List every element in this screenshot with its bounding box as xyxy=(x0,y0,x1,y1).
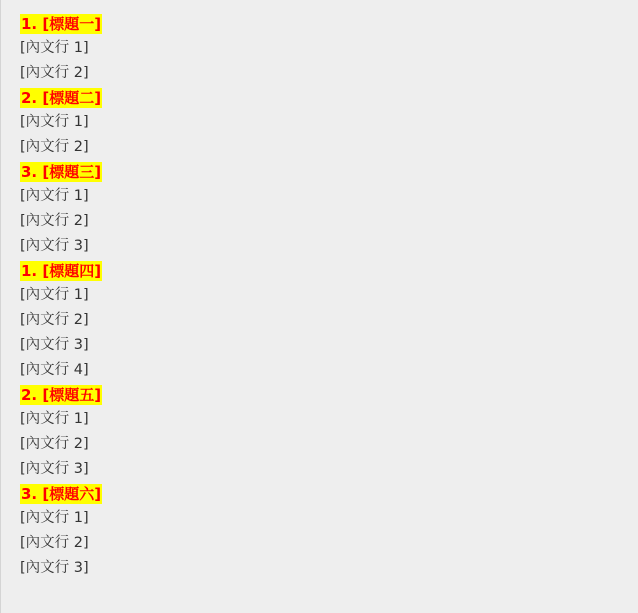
section: 1. [標題一][內文行 1][內文行 2] xyxy=(20,12,638,86)
body-line: [內文行 1] xyxy=(20,184,638,209)
body-line: [內文行 2] xyxy=(20,135,638,160)
body-line: [內文行 2] xyxy=(20,531,638,556)
section: 2. [標題五][內文行 1][內文行 2][內文行 3] xyxy=(20,383,638,482)
body-line: [內文行 3] xyxy=(20,234,638,259)
body-line: [內文行 2] xyxy=(20,432,638,457)
body-line: [內文行 3] xyxy=(20,333,638,358)
section-heading: 2. [標題二] xyxy=(20,88,102,108)
section-heading: 2. [標題五] xyxy=(20,385,102,405)
body-line: [內文行 3] xyxy=(20,457,638,482)
body-line: [內文行 2] xyxy=(20,209,638,234)
body-line: [內文行 2] xyxy=(20,61,638,86)
section-heading: 1. [標題四] xyxy=(20,261,102,281)
section: 3. [標題三][內文行 1][內文行 2][內文行 3] xyxy=(20,160,638,259)
body-line: [內文行 1] xyxy=(20,506,638,531)
body-line: [內文行 1] xyxy=(20,407,638,432)
section-heading: 3. [標題六] xyxy=(20,484,102,504)
body-line: [內文行 1] xyxy=(20,283,638,308)
section: 1. [標題四][內文行 1][內文行 2][內文行 3][內文行 4] xyxy=(20,259,638,383)
section: 2. [標題二][內文行 1][內文行 2] xyxy=(20,86,638,160)
body-line: [內文行 3] xyxy=(20,556,638,581)
body-line: [內文行 1] xyxy=(20,110,638,135)
section-heading: 3. [標題三] xyxy=(20,162,102,182)
body-line: [內文行 4] xyxy=(20,358,638,383)
body-line: [內文行 1] xyxy=(20,36,638,61)
article-body: 1. [標題一][內文行 1][內文行 2]2. [標題二][內文行 1][內文… xyxy=(1,0,638,581)
section-heading: 1. [標題一] xyxy=(20,14,102,34)
section: 3. [標題六][內文行 1][內文行 2][內文行 3] xyxy=(20,482,638,581)
body-line: [內文行 2] xyxy=(20,308,638,333)
